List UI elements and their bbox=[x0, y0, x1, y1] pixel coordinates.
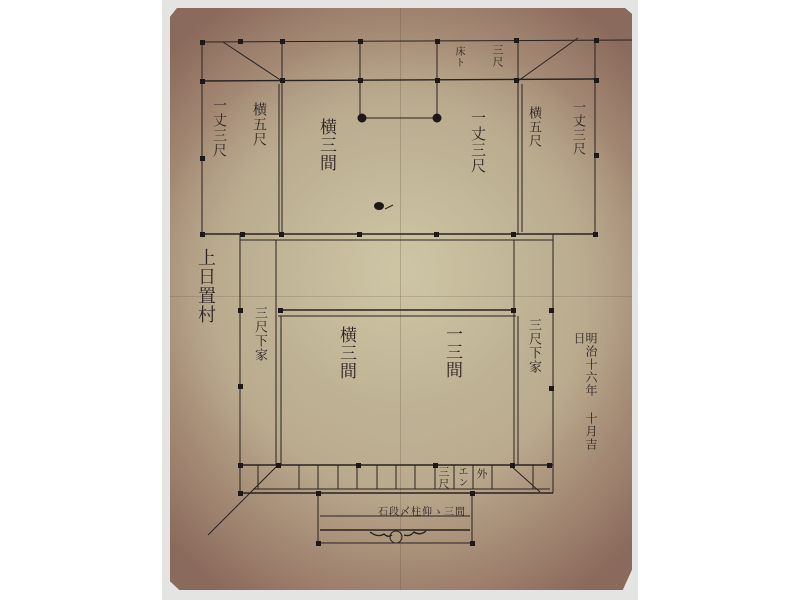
label-right-inner-width: 横五尺 bbox=[527, 106, 540, 148]
label-top-small: 床ト bbox=[453, 46, 463, 68]
label-upper-room-depth: 一丈三尺 bbox=[470, 110, 485, 174]
label-left-outer-depth: 一丈三尺 bbox=[212, 98, 226, 158]
label-date: 明治十六年 十月吉日 bbox=[573, 332, 597, 462]
label-steps-note: 石段〆柱仰ゝ三間 bbox=[378, 503, 466, 518]
label-lower-room-depth: 一三間 bbox=[443, 325, 460, 379]
label-top-center: 三尺 bbox=[492, 44, 503, 68]
label-village-name: 上日置村 bbox=[196, 248, 214, 324]
label-left-inner-width: 横五尺 bbox=[252, 102, 266, 147]
label-lower-room-width: 横三間 bbox=[337, 326, 354, 380]
label-right-outer-depth: 一丈三尺 bbox=[571, 100, 584, 156]
label-veranda-width: 三尺 bbox=[438, 466, 449, 490]
label-upper-room-width: 横三間 bbox=[317, 118, 334, 172]
label-veranda-mark: エン bbox=[456, 466, 466, 488]
label-right-eave: 三尺下家 bbox=[527, 318, 540, 374]
label-veranda-outer: 外 bbox=[476, 468, 487, 480]
label-left-eave: 三尺下家 bbox=[253, 306, 266, 362]
